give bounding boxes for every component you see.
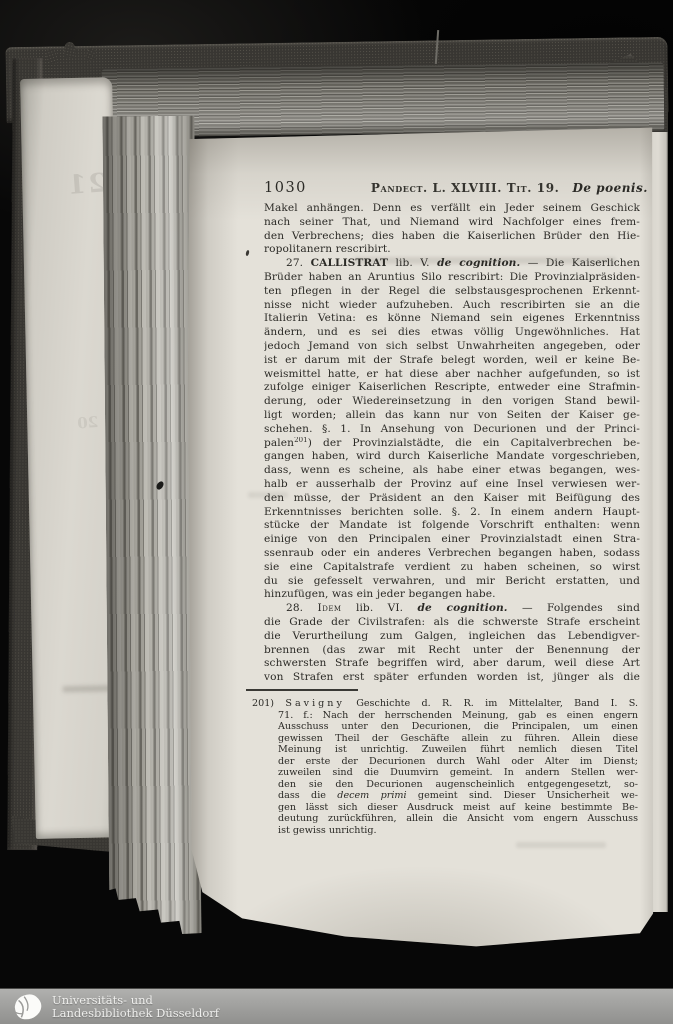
text-line: Meinung ist unrichtig. Zuweilen führt ne… — [252, 744, 638, 756]
show-through-mark: 20 — [77, 413, 99, 432]
text-line: ssenraub oder ein anderes Verbrechen beg… — [264, 547, 640, 561]
text-line: ändern, und es sei dies etwas völlig Ung… — [264, 326, 640, 340]
text-line: der erste der Decurionen durch Wahl oder… — [252, 756, 638, 768]
text-line: Ausschuss unter den Decurionen, die Prin… — [252, 721, 638, 733]
text-line: von Strafen erst später erfunden worden … — [264, 671, 640, 685]
library-name-line1: Universitäts- und — [52, 994, 219, 1008]
text-line: brennen (das zwar mit Recht unter der Be… — [264, 644, 640, 658]
text-line: nach seiner That, und Niemand wird Nachf… — [264, 216, 640, 230]
main-text-block: Makel anhängen. Denn es verfällt ein Jed… — [264, 202, 640, 685]
text-line: sie eine Capitalstrafe verdient zu haben… — [264, 561, 640, 575]
text-line: ist gewiss unrichtig. — [252, 825, 638, 837]
text-line: 27. CALLISTRAT lib. V. de cognition. — D… — [264, 257, 640, 271]
text-line: 201) Savigny Geschichte d. R. R. im Mitt… — [252, 698, 638, 710]
text-line: ligt worden; allein das kann nur von Sei… — [264, 409, 640, 423]
text-line: den Verbrechens; dies haben die Kaiserli… — [264, 230, 640, 244]
text-line: stücke der Mandate ist folgende Vorschri… — [264, 519, 640, 533]
text-line: den sie den Decurionen augenscheinlich e… — [252, 779, 638, 791]
text-line: Erkenntnisses berichten solle. §. 2. In … — [264, 506, 640, 520]
footnote-block: 201) Savigny Geschichte d. R. R. im Mitt… — [252, 698, 638, 836]
library-banner: Universitäts- und Landesbibliothek Düsse… — [0, 988, 673, 1024]
text-line: palen201) der Provinzialstädte, die ein … — [264, 437, 640, 451]
page-number: 1030 — [264, 180, 307, 196]
page-smudge — [63, 685, 115, 692]
book-page: 1030 Pandect. L. XLVIII. Tit. 19. De poe… — [186, 126, 654, 948]
running-title: Pandect. L. XLVIII. Tit. 19. — [371, 181, 560, 195]
text-line: zuweilen sind die Duumvirn gemeint. In a… — [252, 767, 638, 779]
text-line: ist er darum mit der Strafe belegt worde… — [264, 354, 640, 368]
text-line: dass die decem primi gemeint sind. Diese… — [252, 790, 638, 802]
text-line: jedoch Jemand von sich selbst Unwahrheit… — [264, 340, 640, 354]
text-line: gangen haben, wird durch Kaiserliche Man… — [264, 450, 640, 464]
text-line: die Grade der Civilstrafen: als die schw… — [264, 616, 640, 630]
text-line: weismittel hatte, er hat diese aber nach… — [264, 368, 640, 382]
ulb-duesseldorf-logo-icon — [8, 992, 46, 1022]
text-line: die Verurtheilung zum Galgen, ingleichen… — [264, 630, 640, 644]
running-title-latin: De poenis. — [572, 181, 647, 195]
fanned-page-edges — [102, 116, 201, 941]
text-line: Italierin Vetina: es könne Niemand sein … — [264, 312, 640, 326]
text-line: einige von den Principalen einer Provinz… — [264, 533, 640, 547]
text-line: halb er ausserhalb der Provinz auf eine … — [264, 478, 640, 492]
book-photo-scene: 21 20 1030 Pandect. L. XLVIII. Tit. 19. … — [0, 0, 673, 1024]
text-line: ten pflegen in der Regel die selbstausge… — [264, 285, 640, 299]
text-line: dass, wenn es scheine, als habe einer et… — [264, 464, 640, 478]
text-line: Makel anhängen. Denn es verfällt ein Jed… — [264, 202, 640, 216]
text-line: 71. f.: Nach der herrschenden Meinung, g… — [252, 710, 638, 722]
library-name: Universitäts- und Landesbibliothek Düsse… — [52, 994, 219, 1021]
text-line: nisse nicht wieder aufzuheben. Auch resc… — [264, 299, 640, 313]
text-line: den müsse, der Präsident an den Kaiser m… — [264, 492, 640, 506]
show-through-page-number: 21 — [65, 168, 107, 201]
text-line: Brüder haben an Aruntius Silo rescribirt… — [264, 271, 640, 285]
text-line: deutung zurückführen, allein die Ansicht… — [252, 813, 638, 825]
text-line: schehen. §. 1. In Ansehung von Decurione… — [264, 423, 640, 437]
text-line: gewissen Theil der Geschäfte allein zu f… — [252, 733, 638, 745]
text-line: gen lässt sich dieser Ausdruck meist auf… — [252, 802, 638, 814]
text-line: derung, oder Wiedereinsetzung in den vor… — [264, 395, 640, 409]
text-line: zufolge einiger Kaiserlichen Rescripte, … — [264, 381, 640, 395]
text-line: hinzufügen, was ein jeder begangen habe. — [264, 588, 640, 602]
text-line: 28. Idem lib. VI. de cognition. — Folgen… — [264, 602, 640, 616]
page-header: 1030 Pandect. L. XLVIII. Tit. 19. De poe… — [264, 180, 642, 196]
library-name-line2: Landesbibliothek Düsseldorf — [52, 1007, 219, 1021]
footnote-separator-rule — [246, 689, 358, 691]
text-line: du sie gefesselt verwahren, und mir Beri… — [264, 575, 640, 589]
text-line: schwersten Strafe begriffen wird, aber d… — [264, 657, 640, 671]
show-through-smudge — [516, 842, 606, 848]
text-line: ropolitanern rescribirt. — [264, 243, 640, 257]
